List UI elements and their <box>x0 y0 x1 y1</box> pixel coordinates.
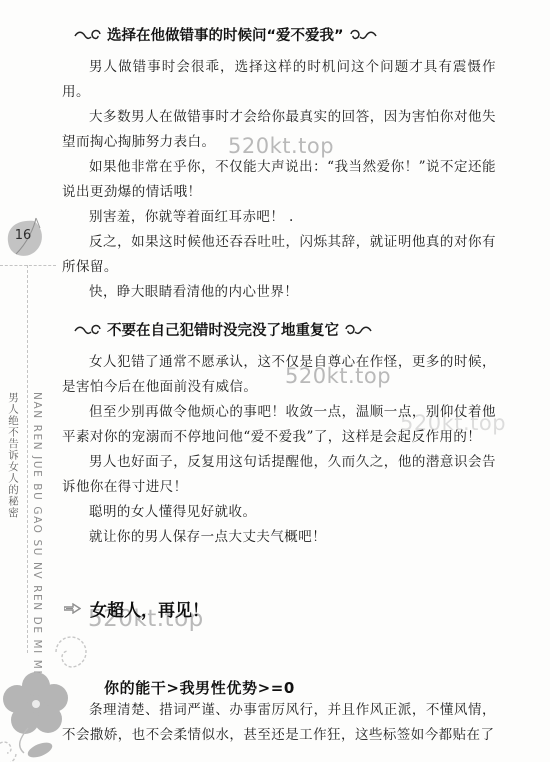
section-heading-2: 不要在自己犯错时没完没了地重复它 <box>74 319 496 340</box>
paragraph: 就让你的男人保存一点大丈夫气概吧！ <box>62 525 496 550</box>
paragraph: 但至少别再做令他烦心的事吧！收敛一点，温顺一点，别仰仗着他平素对你的宠溺而不停地… <box>62 400 496 450</box>
chapter-subtitle: 你的能干>我男性优势>=0 <box>104 677 496 698</box>
arrow-right-icon <box>64 603 81 614</box>
heading-ornament-left-icon <box>74 28 102 42</box>
section-heading-text: 选择在他做错事的时候问“爱不爱我” <box>107 24 344 45</box>
heading-ornament-right-icon <box>349 28 377 42</box>
book-page: 16 男人绝不告诉女人的秘密 NAN REN JUE BU GAO SU NV … <box>0 0 550 762</box>
sidebar-horizontal-rule <box>0 265 56 266</box>
heading-ornament-right-icon <box>344 323 372 337</box>
paragraph: 大多数男人在做错事时才会给你最真实的回答，因为害怕你对他失望而掏心掏肺努力表白。 <box>62 105 496 155</box>
paragraph: 男人做错事时会很乖，选择这样的时机问这个问题才具有震慑作用。 <box>62 55 496 105</box>
paragraph: 如果他非常在乎你，不仅能大声说出：“我当然爱你！”说不定还能说出更劲爆的情话哦！ <box>62 155 496 205</box>
section-heading-1: 选择在他做错事的时候问“爱不爱我” <box>74 24 496 45</box>
chapter-title: 女超人，再见！ <box>64 596 496 621</box>
paragraph: 条理清楚、措词严谨、办事雷厉风行，并且作风正派，不懂风情，不会撒娇，也不会柔情似… <box>62 698 496 748</box>
vertical-book-title: 男人绝不告诉女人的秘密 <box>6 392 21 519</box>
sidebar-vertical-rule <box>27 265 28 653</box>
paragraph: 聪明的女人懂得见好就收。 <box>62 500 496 525</box>
paragraph: 女人犯错了通常不愿承认，这不仅是自尊心在作怪，更多的时候，是害怕今后在他面前没有… <box>62 350 496 400</box>
text-column: 选择在他做错事的时候问“爱不爱我” 男人做错事时会很乖，选择这样的时机问这个问题… <box>62 24 496 748</box>
page-number: 16 <box>3 228 43 243</box>
page-number-badge: 16 <box>3 216 51 262</box>
paragraph: 快，睁大眼睛看清他的内心世界！ <box>62 280 496 305</box>
paragraph: 反之，如果这时候他还吞吞吐吐，闪烁其辞，就证明他真的对你有所保留。 <box>62 230 496 280</box>
section-heading-text: 不要在自己犯错时没完没了地重复它 <box>107 319 339 340</box>
heading-ornament-left-icon <box>74 323 102 337</box>
chapter-title-text: 女超人，再见！ <box>90 596 209 621</box>
paragraph: 别害羞，你就等着面红耳赤吧！ . <box>62 205 496 230</box>
paragraph: 男人也好面子，反复用这句话提醒他，久而久之，他的潜意识会告诉他你在得寸进尺！ <box>62 450 496 500</box>
